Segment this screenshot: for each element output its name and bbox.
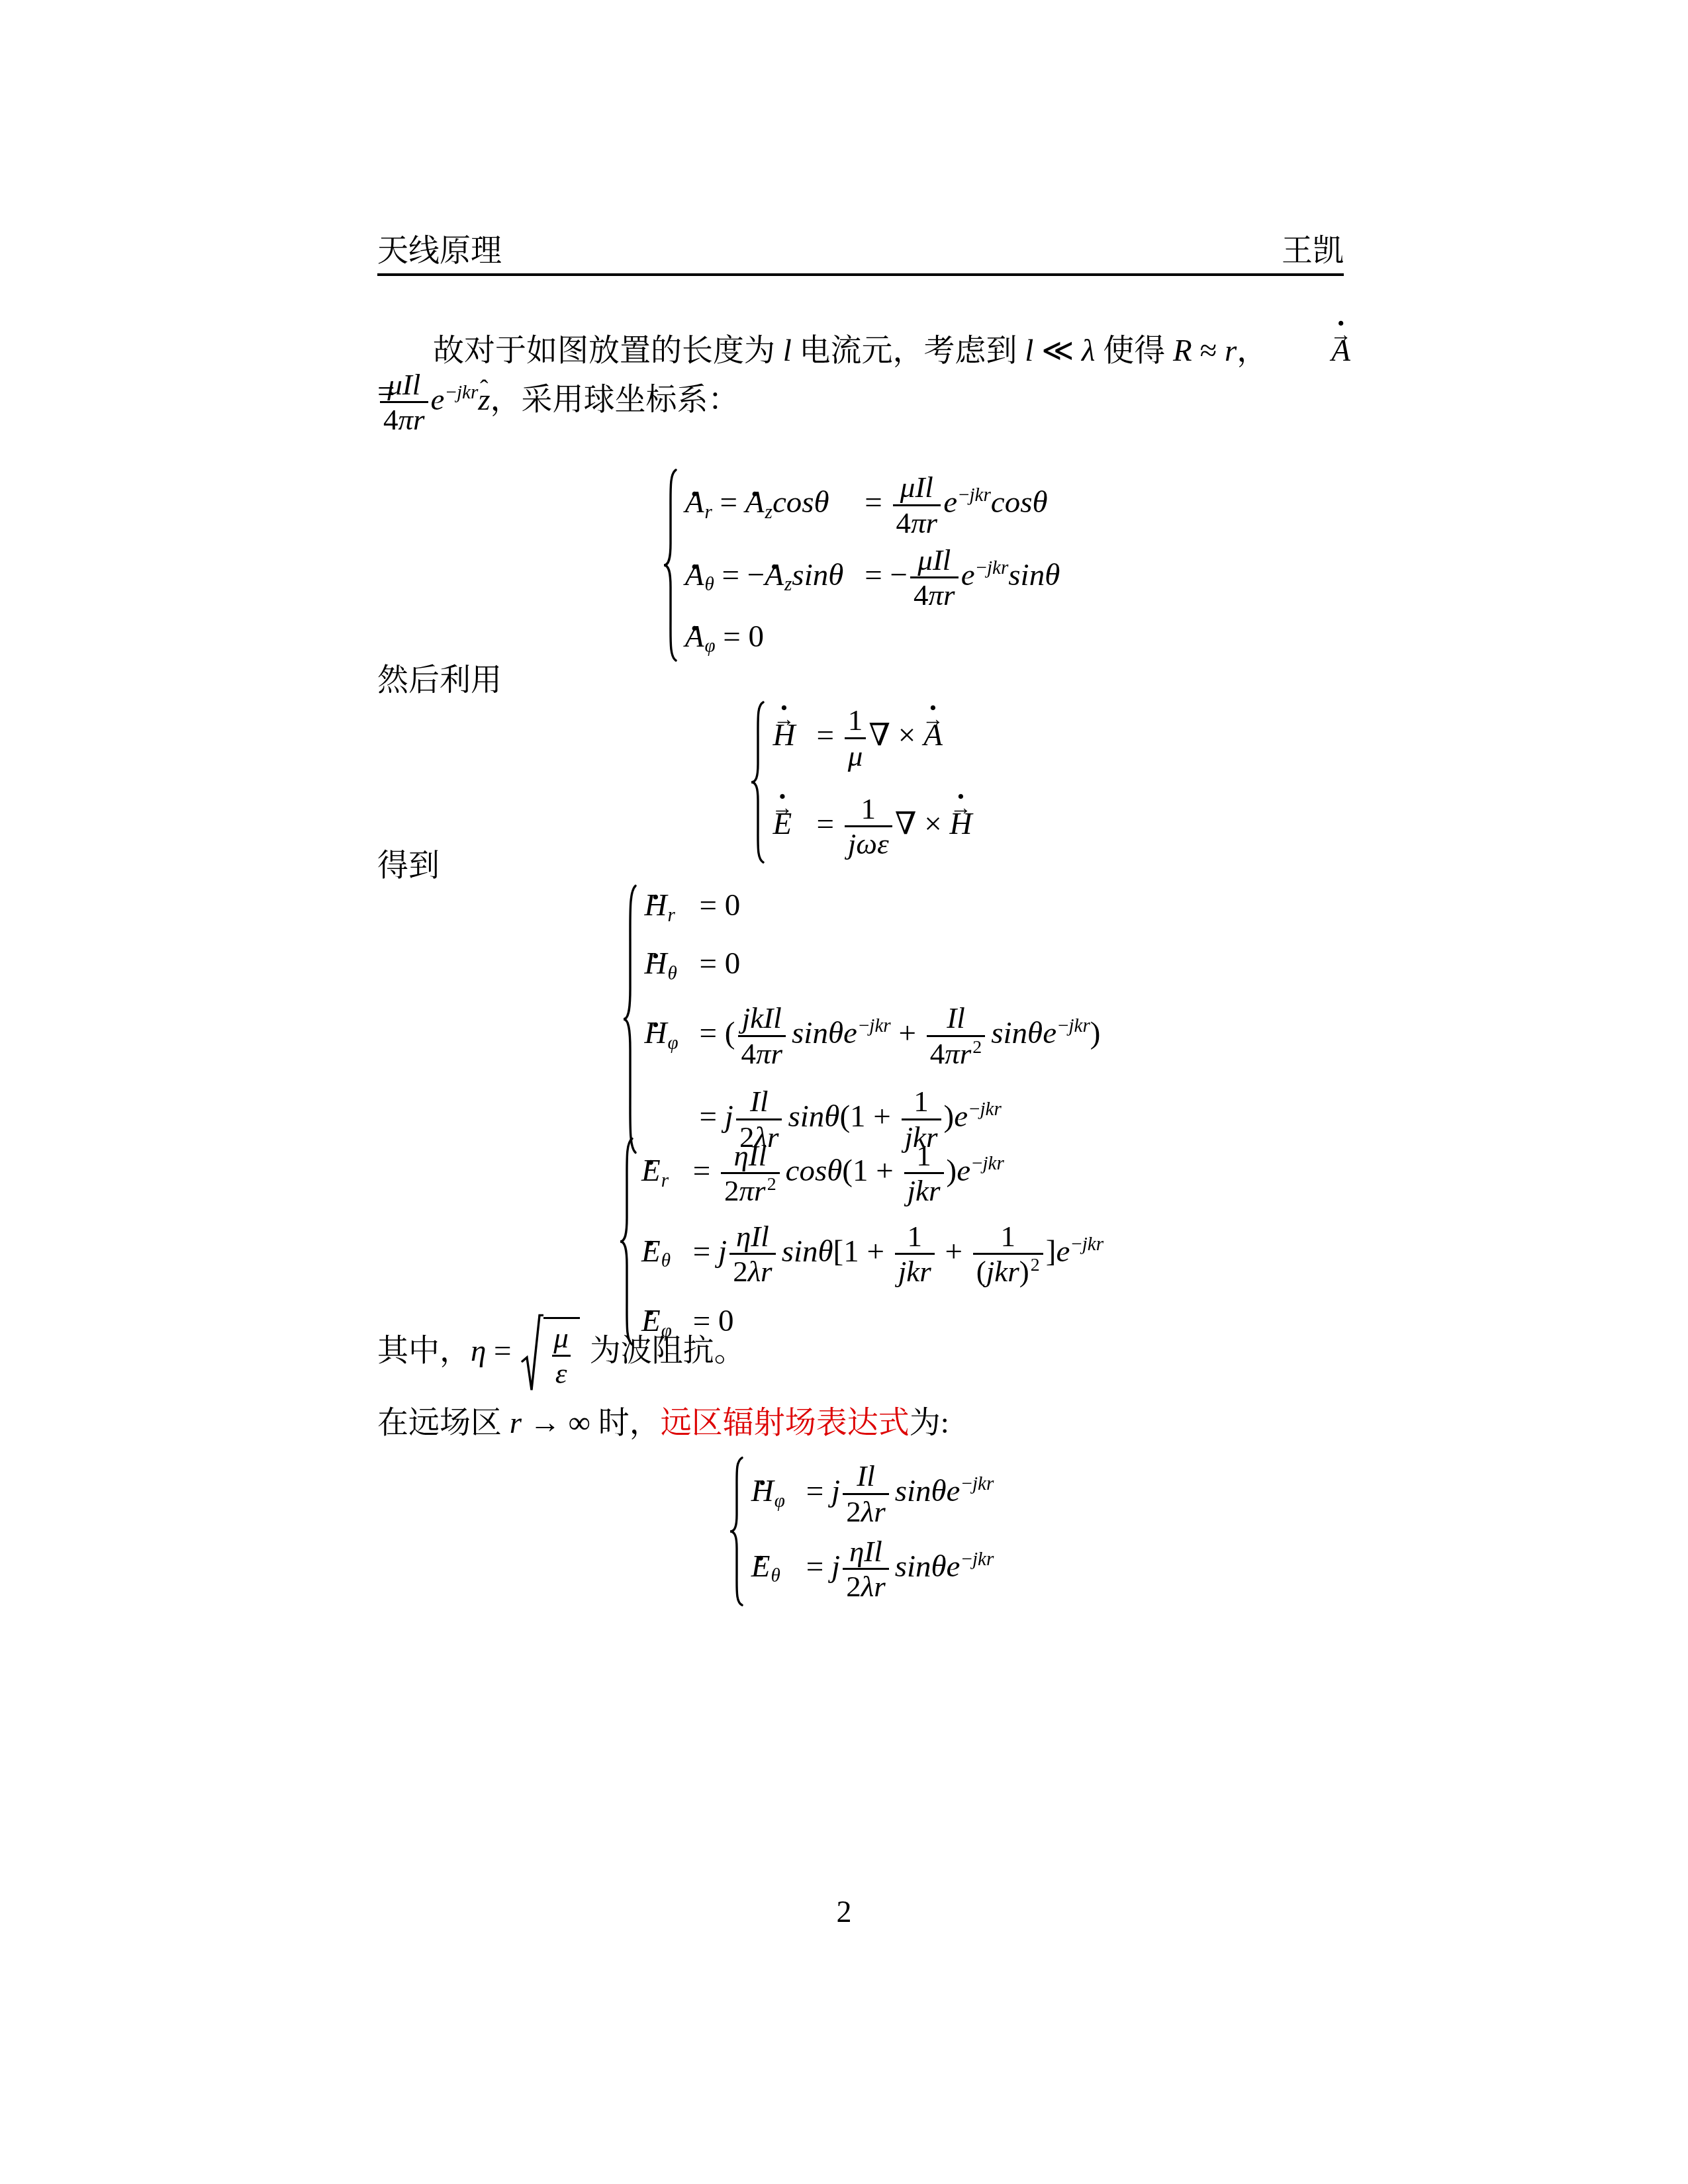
math-italic: l bbox=[1025, 334, 1033, 368]
math-italic: l bbox=[783, 334, 792, 368]
math-italic: jkr bbox=[972, 1473, 994, 1494]
fraction: jkIl4πr bbox=[738, 1001, 786, 1070]
math-roman: 1 bbox=[916, 1139, 931, 1172]
superscript: −jkr bbox=[976, 557, 1009, 578]
equation-lhs: A·r = A·zcosθ bbox=[685, 482, 844, 525]
dot-accent: · bbox=[1280, 308, 1346, 338]
fraction: ηIl2λr bbox=[729, 1220, 776, 1289]
numerator: μ bbox=[550, 1321, 572, 1354]
dot-accent: · bbox=[769, 552, 779, 582]
denominator: 2λr bbox=[729, 1253, 776, 1288]
page-header: 天线原理 王凯 bbox=[377, 233, 1344, 269]
math-italic: φ bbox=[704, 635, 715, 657]
math-roman: = bbox=[816, 807, 841, 841]
math-italic: e bbox=[1056, 1234, 1070, 1269]
superscript: −jkr bbox=[961, 1549, 994, 1570]
square-root: με bbox=[521, 1314, 580, 1393]
accented-symbol: E· bbox=[641, 1236, 661, 1267]
math-roman: [1 + bbox=[833, 1234, 892, 1269]
math-roman: ≈ bbox=[1192, 334, 1225, 368]
math-roman: = 0 bbox=[716, 619, 765, 654]
math-italic: ε bbox=[555, 1357, 567, 1390]
numerator: Il bbox=[747, 1085, 772, 1118]
math-roman: = 0 bbox=[700, 888, 741, 923]
math-italic: jkr bbox=[987, 557, 1008, 578]
fraction: Il4πr2 bbox=[927, 1001, 986, 1070]
math-italic: θ bbox=[704, 574, 714, 595]
denominator: 4πr bbox=[738, 1035, 786, 1070]
math-italic: sinθ bbox=[991, 1016, 1043, 1050]
fraction: μIl4πr bbox=[893, 471, 941, 539]
accented-symbol: zˆ bbox=[478, 385, 490, 416]
farfield-intro-line: 在远场区 r → ∞ 时，远区辐射场表达式为: bbox=[377, 1403, 1354, 1443]
equation-rhs: = 1μ∇ × A→· bbox=[816, 704, 972, 772]
numerator: 1 bbox=[904, 1220, 926, 1253]
equation-lhs: H·φ bbox=[645, 1013, 679, 1056]
math-roman: − bbox=[1071, 1234, 1082, 1255]
equation-rhs: = jηIl2λrsinθe−jkr bbox=[806, 1535, 994, 1604]
accented-symbol: E→· bbox=[773, 809, 792, 840]
math-roman: = bbox=[693, 1234, 718, 1269]
numerator: 1 bbox=[845, 704, 867, 737]
math-italic: r bbox=[661, 1170, 669, 1191]
math-italic: sinθ bbox=[792, 558, 843, 592]
math-italic: μIl bbox=[387, 368, 420, 401]
math-italic: jkr bbox=[986, 1255, 1019, 1289]
cases-brace bbox=[621, 880, 638, 1158]
equation-rhs: = 0 bbox=[700, 943, 1101, 985]
math-roman: − bbox=[1058, 1015, 1068, 1036]
fraction: μIl4πr bbox=[380, 368, 428, 437]
fraction: 1μ bbox=[845, 704, 867, 772]
document-page: 天线原理 王凯 故对于如图放置的长度为 l 电流元，考虑到 l ≪ λ 使得 R… bbox=[0, 0, 1688, 2184]
math-italic: jkr bbox=[972, 1549, 994, 1570]
math-roman: ( bbox=[976, 1255, 986, 1289]
denominator: 4πr bbox=[910, 576, 959, 612]
equation-lhs: E·θ bbox=[751, 1546, 785, 1590]
intro-paragraph-line2: μIl4πre−jkrzˆ，采用球坐标系： bbox=[377, 368, 1354, 437]
cases-rows: H→·= 1μ∇ × A→·E→·= 1jωε∇ × H→· bbox=[773, 704, 972, 861]
accented-symbol: H→· bbox=[950, 809, 972, 840]
dot-accent: · bbox=[690, 614, 700, 643]
accented-symbol: H· bbox=[751, 1476, 774, 1507]
math-roman: − bbox=[961, 1549, 972, 1570]
math-italic: r bbox=[704, 502, 712, 523]
denominator: 2λr bbox=[843, 1493, 889, 1528]
dot-accent: · bbox=[928, 693, 938, 723]
text-run: 在远场区 bbox=[377, 1406, 510, 1440]
math-roman: ∇ × bbox=[868, 718, 923, 752]
equation-farfield: H·φ= jIl2λrsinθe−jkrE·θ= jηIl2λrsinθe−jk… bbox=[377, 1455, 1344, 1608]
fraction: 1(jkr)2 bbox=[973, 1220, 1043, 1289]
equation-lhs: A·θ = −A·zsinθ bbox=[685, 555, 844, 598]
fraction: Il2λr bbox=[843, 1459, 889, 1528]
math-italic: j bbox=[718, 1234, 727, 1269]
math-italic: jkr bbox=[1082, 1234, 1103, 1255]
math-italic: ηIl bbox=[736, 1220, 769, 1253]
denominator: jkr bbox=[895, 1253, 935, 1288]
cases-brace bbox=[661, 466, 679, 664]
superscript: −jkr bbox=[445, 382, 478, 403]
header-rule bbox=[377, 273, 1344, 276]
math-roman: ≪ bbox=[1033, 334, 1082, 368]
superscript: −jkr bbox=[969, 1099, 1002, 1120]
equation-rhs: = −μIl4πre−jkrsinθ bbox=[865, 543, 1060, 612]
math-roman: 4 bbox=[896, 506, 912, 539]
math-roman: ) bbox=[1090, 1016, 1101, 1050]
math-roman: − bbox=[859, 1015, 869, 1036]
math-roman: ] bbox=[1046, 1234, 1056, 1269]
hat-accent: ˆ bbox=[480, 377, 489, 402]
numerator: 1 bbox=[997, 1220, 1019, 1253]
math-italic: πr bbox=[739, 1175, 766, 1208]
math-italic: πr bbox=[911, 506, 937, 539]
math-italic: jkr bbox=[969, 484, 990, 506]
math-roman: = bbox=[486, 1334, 519, 1368]
math-italic: j bbox=[831, 1549, 840, 1584]
math-roman: 4 bbox=[383, 403, 399, 436]
denominator: (jkr)2 bbox=[973, 1253, 1043, 1289]
subscript: φ bbox=[774, 1490, 785, 1512]
math-roman: 2 bbox=[767, 1174, 776, 1195]
dot-accent: · bbox=[779, 693, 789, 723]
fraction: ηIl2πr2 bbox=[721, 1139, 780, 1208]
superscript: 2 bbox=[972, 1037, 982, 1058]
radicand: με bbox=[543, 1317, 580, 1390]
radical-sign bbox=[521, 1314, 543, 1393]
math-italic: sinθ bbox=[895, 1474, 947, 1508]
math-italic: sinθ bbox=[782, 1234, 833, 1269]
equation-lhs: E·r bbox=[641, 1150, 672, 1194]
subscript: θ bbox=[661, 1250, 671, 1271]
fraction: 1jkr bbox=[904, 1139, 944, 1208]
equation-lhs: H·r bbox=[645, 885, 679, 929]
numerator: ηIl bbox=[733, 1220, 773, 1253]
denominator: 2πr2 bbox=[721, 1172, 780, 1208]
dot-accent: · bbox=[651, 1010, 661, 1040]
denominator: 4πr bbox=[380, 401, 428, 436]
accented-symbol: A· bbox=[745, 487, 765, 518]
math-roman: (1 + bbox=[839, 1099, 898, 1134]
dot-accent: · bbox=[750, 479, 760, 509]
math-italic: j bbox=[725, 1099, 733, 1134]
fraction: μIl4πr bbox=[910, 543, 959, 612]
accented-symbol: A→· bbox=[1276, 336, 1350, 367]
cases-rows: H·φ= jIl2λrsinθe−jkrE·θ= jηIl2λrsinθe−jk… bbox=[751, 1459, 994, 1604]
superscript: −jkr bbox=[859, 1015, 891, 1036]
math-roman: = bbox=[806, 1549, 831, 1584]
curl-relations-cases: H→·= 1μ∇ × A→·E→·= 1jωε∇ × H→· bbox=[749, 699, 972, 866]
math-italic: πr bbox=[945, 1037, 971, 1070]
equation-rhs: = jIl2λrsinθe−jkr bbox=[806, 1459, 994, 1528]
math-italic: λr bbox=[861, 1570, 886, 1603]
equation-lhs: H·φ bbox=[751, 1471, 785, 1514]
math-roman: 1 bbox=[848, 704, 863, 737]
math-italic: jkr bbox=[869, 1015, 890, 1036]
math-roman: = ( bbox=[700, 1016, 735, 1050]
math-roman: (1 + bbox=[842, 1154, 901, 1188]
math-italic: r bbox=[510, 1406, 522, 1440]
subscript: θ bbox=[667, 963, 677, 984]
math-roman: ) bbox=[1019, 1255, 1029, 1289]
equation-curl-relations: H→·= 1μ∇ × A→·E→·= 1jωε∇ × H→· bbox=[377, 699, 1344, 866]
text-run: ， bbox=[1237, 334, 1268, 368]
equation-lhs: H·θ bbox=[645, 943, 679, 987]
cases-brace bbox=[749, 699, 766, 866]
fraction: ηIl2λr bbox=[843, 1535, 889, 1604]
math-italic: jkr bbox=[908, 1174, 941, 1207]
text-run: 为波阻抗。 bbox=[582, 1334, 745, 1368]
math-italic: e bbox=[943, 485, 957, 520]
math-italic: e bbox=[961, 558, 975, 592]
text-then-use: 然后利用 bbox=[377, 660, 1354, 701]
math-italic: λr bbox=[748, 1255, 773, 1288]
math-italic: jkr bbox=[457, 382, 478, 403]
subscript: θ bbox=[771, 1565, 780, 1586]
math-roman: 2 bbox=[733, 1255, 748, 1288]
math-roman: = − bbox=[865, 558, 908, 592]
math-italic: μIl bbox=[917, 543, 951, 576]
dot-accent: · bbox=[777, 782, 787, 811]
math-italic: λr bbox=[861, 1495, 886, 1528]
numerator: 1 bbox=[857, 792, 879, 825]
math-italic: e bbox=[431, 383, 445, 417]
accented-symbol: A→· bbox=[923, 720, 943, 751]
math-italic: μIl bbox=[900, 471, 933, 504]
numerator: μIl bbox=[384, 368, 424, 401]
math-italic: η bbox=[471, 1334, 486, 1368]
numerator: Il bbox=[853, 1459, 878, 1492]
math-roman: 2 bbox=[972, 1037, 982, 1058]
subscript: φ bbox=[704, 635, 715, 657]
page-number: 2 bbox=[0, 1894, 1688, 1929]
math-roman: 2 bbox=[846, 1495, 861, 1528]
math-roman: − bbox=[976, 557, 987, 578]
math-italic: jkr bbox=[982, 1153, 1004, 1174]
math-roman: ) bbox=[947, 1154, 957, 1188]
math-italic: sinθ bbox=[788, 1099, 839, 1134]
math-roman: = bbox=[693, 1154, 718, 1188]
denominator: 4πr2 bbox=[927, 1035, 986, 1071]
math-roman: 1 bbox=[861, 792, 876, 825]
superscript: 2 bbox=[1031, 1255, 1040, 1275]
math-italic: jkr bbox=[980, 1099, 1002, 1120]
superscript: 2 bbox=[767, 1174, 776, 1195]
math-roman: 1 bbox=[914, 1085, 929, 1118]
fraction: 1jkr bbox=[895, 1220, 935, 1289]
math-italic: μ bbox=[553, 1321, 569, 1354]
math-italic: z bbox=[765, 502, 773, 523]
math-italic: z bbox=[784, 574, 792, 595]
equation-vector-potential: A·r = A·zcosθ= μIl4πre−jkrcosθA·θ = −A·z… bbox=[377, 466, 1344, 664]
math-roman: − bbox=[959, 484, 969, 506]
dot-accent: · bbox=[757, 1468, 767, 1498]
math-italic: Il bbox=[947, 1001, 965, 1034]
math-italic: e bbox=[947, 1549, 961, 1584]
cases-rows: H·r= 0H·θ= 0H·φ= (jkIl4πrsinθe−jkr + Il4… bbox=[645, 885, 1101, 1154]
equation-lhs: A·φ = 0 bbox=[685, 616, 844, 660]
equation-lhs: H→· bbox=[773, 715, 795, 756]
subscript: r bbox=[667, 905, 675, 926]
math-italic: jkr bbox=[1068, 1015, 1090, 1036]
math-italic: jkr bbox=[898, 1255, 931, 1288]
dot-accent: · bbox=[646, 1148, 656, 1177]
math-roman: − bbox=[972, 1153, 982, 1174]
dot-accent: · bbox=[690, 479, 700, 509]
text-run: 使得 bbox=[1095, 334, 1173, 368]
accented-symbol: A· bbox=[685, 621, 704, 653]
header-author-name: 王凯 bbox=[1282, 233, 1344, 269]
math-italic: θ bbox=[667, 963, 677, 984]
equation-rhs: = ηIl2πr2cosθ(1 + 1jkr)e−jkr bbox=[693, 1139, 1103, 1208]
math-roman: + bbox=[937, 1234, 970, 1269]
dot-accent: · bbox=[651, 941, 661, 971]
denominator: μ bbox=[845, 737, 867, 772]
subscript: φ bbox=[667, 1032, 678, 1054]
accented-symbol: E· bbox=[751, 1551, 771, 1582]
farfield-cases: H·φ= jIl2λrsinθe−jkrE·θ= jηIl2λrsinθe−jk… bbox=[727, 1455, 994, 1608]
math-italic: r bbox=[1225, 334, 1237, 368]
equation-rhs: = (jkIl4πrsinθe−jkr + Il4πr2sinθe−jkr) bbox=[700, 1001, 1101, 1070]
math-italic: μ bbox=[848, 739, 863, 772]
wave-impedance-line: 其中，η = με 为波阻抗。 bbox=[377, 1314, 1354, 1393]
denominator: 2λr bbox=[843, 1568, 889, 1603]
text-run: 为: bbox=[910, 1406, 949, 1440]
math-italic: cosθ bbox=[786, 1154, 843, 1188]
math-roman: 1 bbox=[908, 1220, 923, 1253]
math-roman: 4 bbox=[930, 1037, 945, 1070]
dot-accent: · bbox=[756, 1543, 766, 1573]
math-italic: sinθ bbox=[895, 1549, 947, 1584]
accented-symbol: H· bbox=[645, 948, 667, 979]
dot-accent: · bbox=[690, 552, 700, 582]
numerator: μIl bbox=[897, 471, 937, 504]
text-run: 电流元，考虑到 bbox=[792, 334, 1025, 368]
math-italic: cosθ bbox=[773, 485, 829, 520]
math-roman: 4 bbox=[914, 578, 929, 612]
math-roman: = bbox=[712, 485, 745, 520]
math-italic: R bbox=[1173, 334, 1192, 368]
math-italic: Il bbox=[750, 1085, 769, 1118]
math-roman: 4 bbox=[741, 1037, 757, 1070]
math-roman: ) bbox=[944, 1099, 955, 1134]
denominator: jkr bbox=[904, 1172, 944, 1207]
H-components-cases: H·r= 0H·θ= 0H·φ= (jkIl4πrsinθe−jkr + Il4… bbox=[621, 880, 1101, 1158]
math-roman: = bbox=[865, 485, 890, 520]
math-roman: = 0 bbox=[700, 946, 741, 981]
math-roman: + bbox=[891, 1016, 924, 1050]
equation-rhs: = 0 bbox=[700, 885, 1101, 927]
math-roman: = bbox=[700, 1099, 725, 1134]
numerator: jkIl bbox=[739, 1001, 785, 1034]
dot-accent: · bbox=[956, 782, 966, 811]
math-italic: Il bbox=[857, 1459, 875, 1492]
dot-accent: · bbox=[646, 1228, 656, 1258]
dot-accent: · bbox=[651, 882, 661, 912]
accented-symbol: H· bbox=[645, 1018, 667, 1049]
numerator: ηIl bbox=[846, 1535, 886, 1568]
math-italic: cosθ bbox=[991, 485, 1048, 520]
math-italic: r bbox=[667, 905, 675, 926]
superscript: −jkr bbox=[961, 1473, 994, 1494]
math-roman: → ∞ bbox=[522, 1406, 590, 1440]
math-italic: sinθ bbox=[1008, 558, 1060, 592]
superscript: −jkr bbox=[1058, 1015, 1090, 1036]
vector-potential-cases: A·r = A·zcosθ= μIl4πre−jkrcosθA·θ = −A·z… bbox=[661, 466, 1060, 664]
accented-symbol: E· bbox=[641, 1156, 661, 1187]
math-italic: e bbox=[843, 1016, 857, 1050]
math-italic: j bbox=[831, 1474, 840, 1508]
math-italic: e bbox=[1043, 1016, 1056, 1050]
fraction: με bbox=[550, 1321, 572, 1390]
subscript: z bbox=[765, 502, 773, 523]
denominator: 4πr bbox=[893, 504, 941, 539]
equation-lhs: E→· bbox=[773, 803, 795, 845]
math-italic: πr bbox=[929, 578, 955, 612]
subscript: r bbox=[704, 502, 712, 523]
math-italic: e bbox=[957, 1154, 970, 1188]
math-italic: e bbox=[947, 1474, 961, 1508]
math-italic: e bbox=[954, 1099, 968, 1134]
math-roman: ∇ × bbox=[895, 807, 950, 841]
subscript: θ bbox=[704, 574, 714, 595]
math-roman: − bbox=[445, 382, 456, 403]
math-italic: ηIl bbox=[733, 1139, 767, 1172]
accented-symbol: H→· bbox=[773, 720, 795, 751]
text-run: 故对于如图放置的长度为 bbox=[433, 334, 783, 368]
numerator: 1 bbox=[910, 1085, 932, 1118]
superscript: −jkr bbox=[1071, 1234, 1103, 1255]
numerator: ηIl bbox=[730, 1139, 770, 1172]
cases-brace bbox=[727, 1455, 745, 1608]
numerator: 1 bbox=[913, 1139, 935, 1172]
equation-rhs: = μIl4πre−jkrcosθ bbox=[865, 471, 1060, 539]
subscript: z bbox=[784, 574, 792, 595]
accented-symbol: H· bbox=[645, 890, 667, 921]
numerator: μIl bbox=[914, 543, 954, 576]
math-italic: θ bbox=[771, 1565, 780, 1586]
math-italic: φ bbox=[774, 1490, 785, 1512]
header-course-title: 天线原理 bbox=[377, 233, 502, 269]
denominator: ε bbox=[552, 1355, 571, 1390]
math-roman: = − bbox=[714, 558, 765, 592]
equation-lhs: E·θ bbox=[641, 1231, 672, 1275]
cases-rows: A·r = A·zcosθ= μIl4πre−jkrcosθA·θ = −A·z… bbox=[685, 471, 1060, 660]
accented-symbol: A· bbox=[765, 560, 784, 591]
superscript: −jkr bbox=[959, 484, 991, 506]
math-italic: πr bbox=[756, 1037, 782, 1070]
equation-H-components: H·r= 0H·θ= 0H·φ= (jkIl4πrsinθe−jkr + Il4… bbox=[377, 880, 1344, 1158]
math-italic: ηIl bbox=[849, 1535, 882, 1568]
math-roman: 1 bbox=[1000, 1220, 1015, 1253]
math-italic: πr bbox=[399, 403, 425, 436]
math-roman: = bbox=[806, 1474, 831, 1508]
math-roman: 2 bbox=[846, 1570, 861, 1603]
text-run: 时， bbox=[590, 1406, 661, 1440]
text-run: ，采用球坐标系： bbox=[491, 383, 739, 417]
math-italic: φ bbox=[667, 1032, 678, 1054]
math-roman: − bbox=[969, 1099, 980, 1120]
text-run: 远区辐射场表达式 bbox=[661, 1406, 910, 1440]
math-italic: jkIl bbox=[742, 1001, 782, 1034]
math-roman: 2 bbox=[724, 1175, 739, 1208]
math-italic: θ bbox=[661, 1250, 671, 1271]
math-roman: = bbox=[816, 718, 841, 752]
numerator: Il bbox=[943, 1001, 968, 1034]
subscript: r bbox=[661, 1170, 669, 1191]
accented-symbol: A· bbox=[685, 487, 704, 518]
superscript: −jkr bbox=[972, 1153, 1004, 1174]
